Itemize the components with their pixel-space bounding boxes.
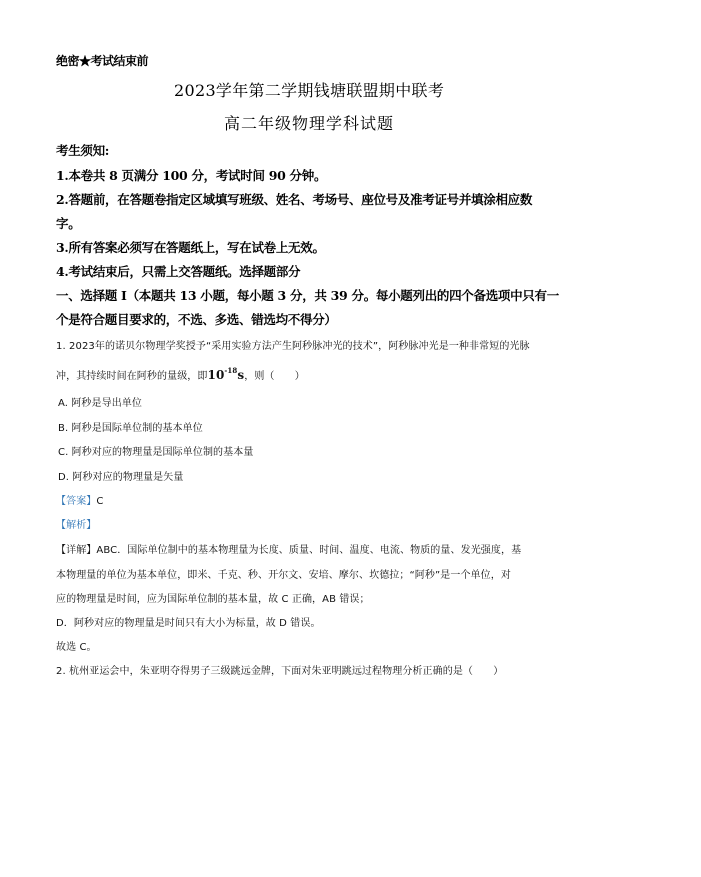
- question-2-stem: 2. 杭州亚运会中，朱亚明夺得男子三级跳远金牌，下面对朱亚明跳远过程物理分析正确…: [56, 662, 503, 677]
- conclusion: 故选 C。: [56, 638, 97, 653]
- option-b: B. 阿秒是国际单位制的基本单位: [58, 419, 203, 434]
- option-d: D. 阿秒对应的物理量是矢量: [58, 468, 183, 483]
- formula: 10-18s: [208, 368, 245, 382]
- analysis-label: 【解析】: [56, 516, 96, 531]
- section-heading: 一、选择题 I（本题共 13 小题，每小题 3 分，共 39 分。每小题列出的四…: [56, 286, 559, 304]
- notice-item: 字。: [56, 214, 80, 232]
- section-heading: 个是符合题目要求的，不选、多选、错选均不得分）: [56, 310, 337, 328]
- notice-item: 2.答题前，在答题卷指定区域填写班级、姓名、考场号、座位号及准考证号并填涂相应数: [56, 190, 532, 208]
- answer-row: 【答案】C: [56, 492, 104, 507]
- option-c: C. 阿秒对应的物理量是国际单位制的基本量: [58, 443, 253, 458]
- exam-page: 绝密★考试结束前 2023学年第二学期钱塘联盟期中联考 高二年级物理学科试题 考…: [0, 0, 701, 877]
- detail-line: 本物理量的单位为基本单位，即米、千克、秒、开尔文、安培、摩尔、坎德拉；“阿秒”是…: [56, 566, 511, 581]
- detail-line: 【详解】ABC．国际单位制中的基本物理量为长度、质量、时间、温度、电流、物质的量…: [56, 541, 521, 556]
- formula-base: 10: [208, 368, 225, 382]
- detail-line: 应的物理量是时间，应为国际单位制的基本量，故 C 正确，AB 错误；: [56, 590, 370, 605]
- question-1-stem-continued: 冲，其持续时间在阿秒的量级，即10-18s，则（ ）: [56, 366, 305, 382]
- notice-item: 3.所有答案必须写在答题纸上，写在试卷上无效。: [56, 238, 325, 256]
- notice-heading: 考生须知:: [56, 141, 109, 159]
- stem-text: ，则（ ）: [244, 371, 305, 382]
- answer-value: C: [96, 496, 103, 507]
- confidential-label: 绝密★考试结束前: [56, 52, 148, 69]
- notice-item: 1.本卷共 8 页满分 100 分，考试时间 90 分钟。: [56, 166, 326, 184]
- exam-title: 2023学年第二学期钱塘联盟期中联考: [174, 78, 444, 101]
- formula-exponent: -18: [224, 366, 237, 375]
- notice-item: 4.考试结束后，只需上交答题纸。选择题部分: [56, 262, 300, 280]
- exam-subtitle: 高二年级物理学科试题: [224, 111, 394, 134]
- question-1-stem: 1. 2023年的诺贝尔物理学奖授予“采用实验方法产生阿秒脉冲光的技术”，阿秒脉…: [56, 337, 530, 352]
- detail-line: D．阿秒对应的物理量是时间只有大小为标量，故 D 错误。: [56, 614, 321, 629]
- stem-text: 冲，其持续时间在阿秒的量级，即: [56, 371, 208, 382]
- option-a: A. 阿秒是导出单位: [58, 394, 142, 409]
- answer-label: 【答案】: [56, 496, 96, 507]
